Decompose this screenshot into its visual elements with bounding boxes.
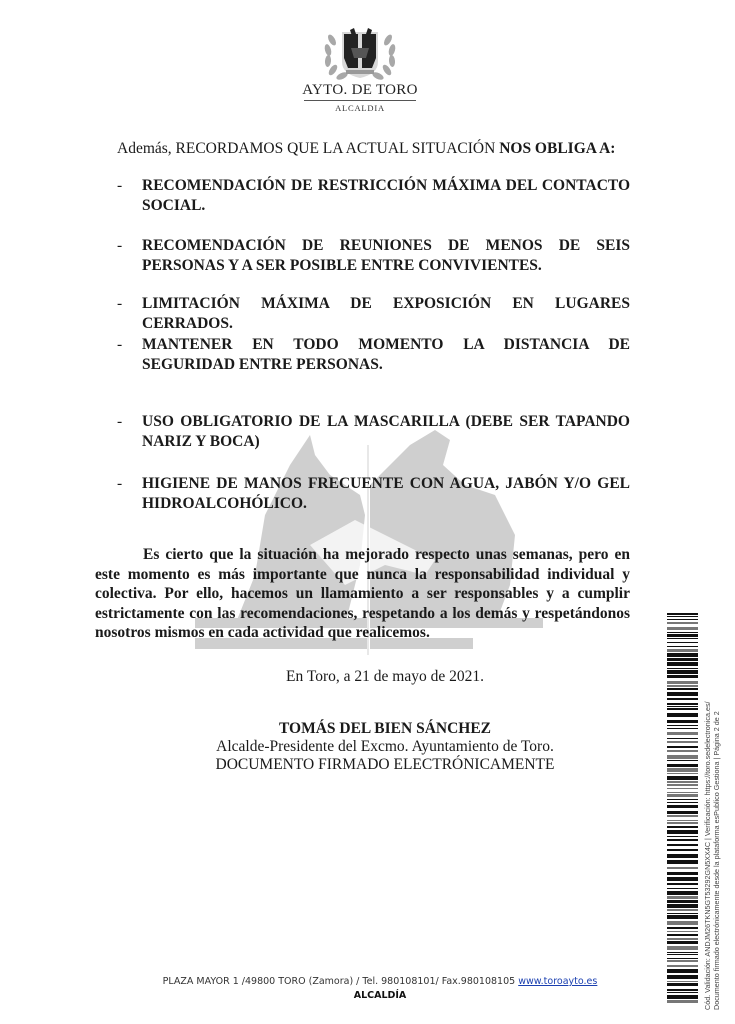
- list-item-text: LIMITACIÓN MÁXIMA DE EXPOSICIÓN EN LUGAR…: [142, 294, 630, 334]
- list-item-text: MANTENER EN TODO MOMENTO LA DISTANCIA DE…: [142, 335, 630, 375]
- list-bullet: -: [117, 412, 122, 432]
- footer-contact: PLAZA MAYOR 1 /49800 TORO (Zamora) / Tel…: [100, 975, 660, 989]
- list-bullet: -: [117, 474, 122, 494]
- page-footer: PLAZA MAYOR 1 /49800 TORO (Zamora) / Tel…: [100, 975, 660, 1003]
- date-line: En Toro, a 21 de mayo de 2021.: [0, 668, 735, 686]
- closing-paragraph: Es cierto que la situación ha mejorado r…: [95, 545, 630, 643]
- signatory-position: Alcalde-Presidente del Excmo. Ayuntamien…: [0, 738, 735, 756]
- coat-of-arms-icon: [318, 28, 402, 82]
- intro-emphasis: NOS OBLIGA A:: [499, 140, 615, 157]
- list-item-text: USO OBLIGATORIO DE LA MASCARILLA (DEBE S…: [142, 412, 630, 452]
- signature-note: DOCUMENTO FIRMADO ELECTRÓNICAMENTE: [0, 756, 735, 774]
- list-bullet: -: [117, 176, 122, 196]
- list-bullet: -: [117, 236, 122, 256]
- intro-line: Además, RECORDAMOS QUE LA ACTUAL SITUACI…: [117, 140, 615, 158]
- header-logo: AYTO. DE TORO ALCALDIA: [300, 28, 420, 113]
- intro-text: Además, RECORDAMOS QUE LA ACTUAL SITUACI…: [117, 140, 499, 157]
- list-item-text: RECOMENDACIÓN DE REUNIONES DE MENOS DE S…: [142, 236, 630, 276]
- signatory-name: TOMÁS DEL BIEN SÁNCHEZ: [0, 720, 735, 738]
- list-item-text: HIGIENE DE MANOS FRECUENTE CON AGUA, JAB…: [142, 474, 630, 514]
- logo-title: AYTO. DE TORO: [300, 82, 420, 98]
- list-item-text: RECOMENDACIÓN DE RESTRICCIÓN MÁXIMA DEL …: [142, 176, 630, 216]
- logo-subtitle: ALCALDIA: [300, 103, 420, 113]
- footer-address: PLAZA MAYOR 1 /49800 TORO (Zamora) / Tel…: [163, 976, 519, 987]
- list-bullet: -: [117, 335, 122, 355]
- logo-divider: [304, 100, 416, 101]
- footer-office: ALCALDÍA: [100, 989, 660, 1003]
- list-bullet: -: [117, 294, 122, 314]
- footer-website-link[interactable]: www.toroayto.es: [518, 976, 597, 987]
- signature-block: TOMÁS DEL BIEN SÁNCHEZ Alcalde-President…: [0, 720, 735, 774]
